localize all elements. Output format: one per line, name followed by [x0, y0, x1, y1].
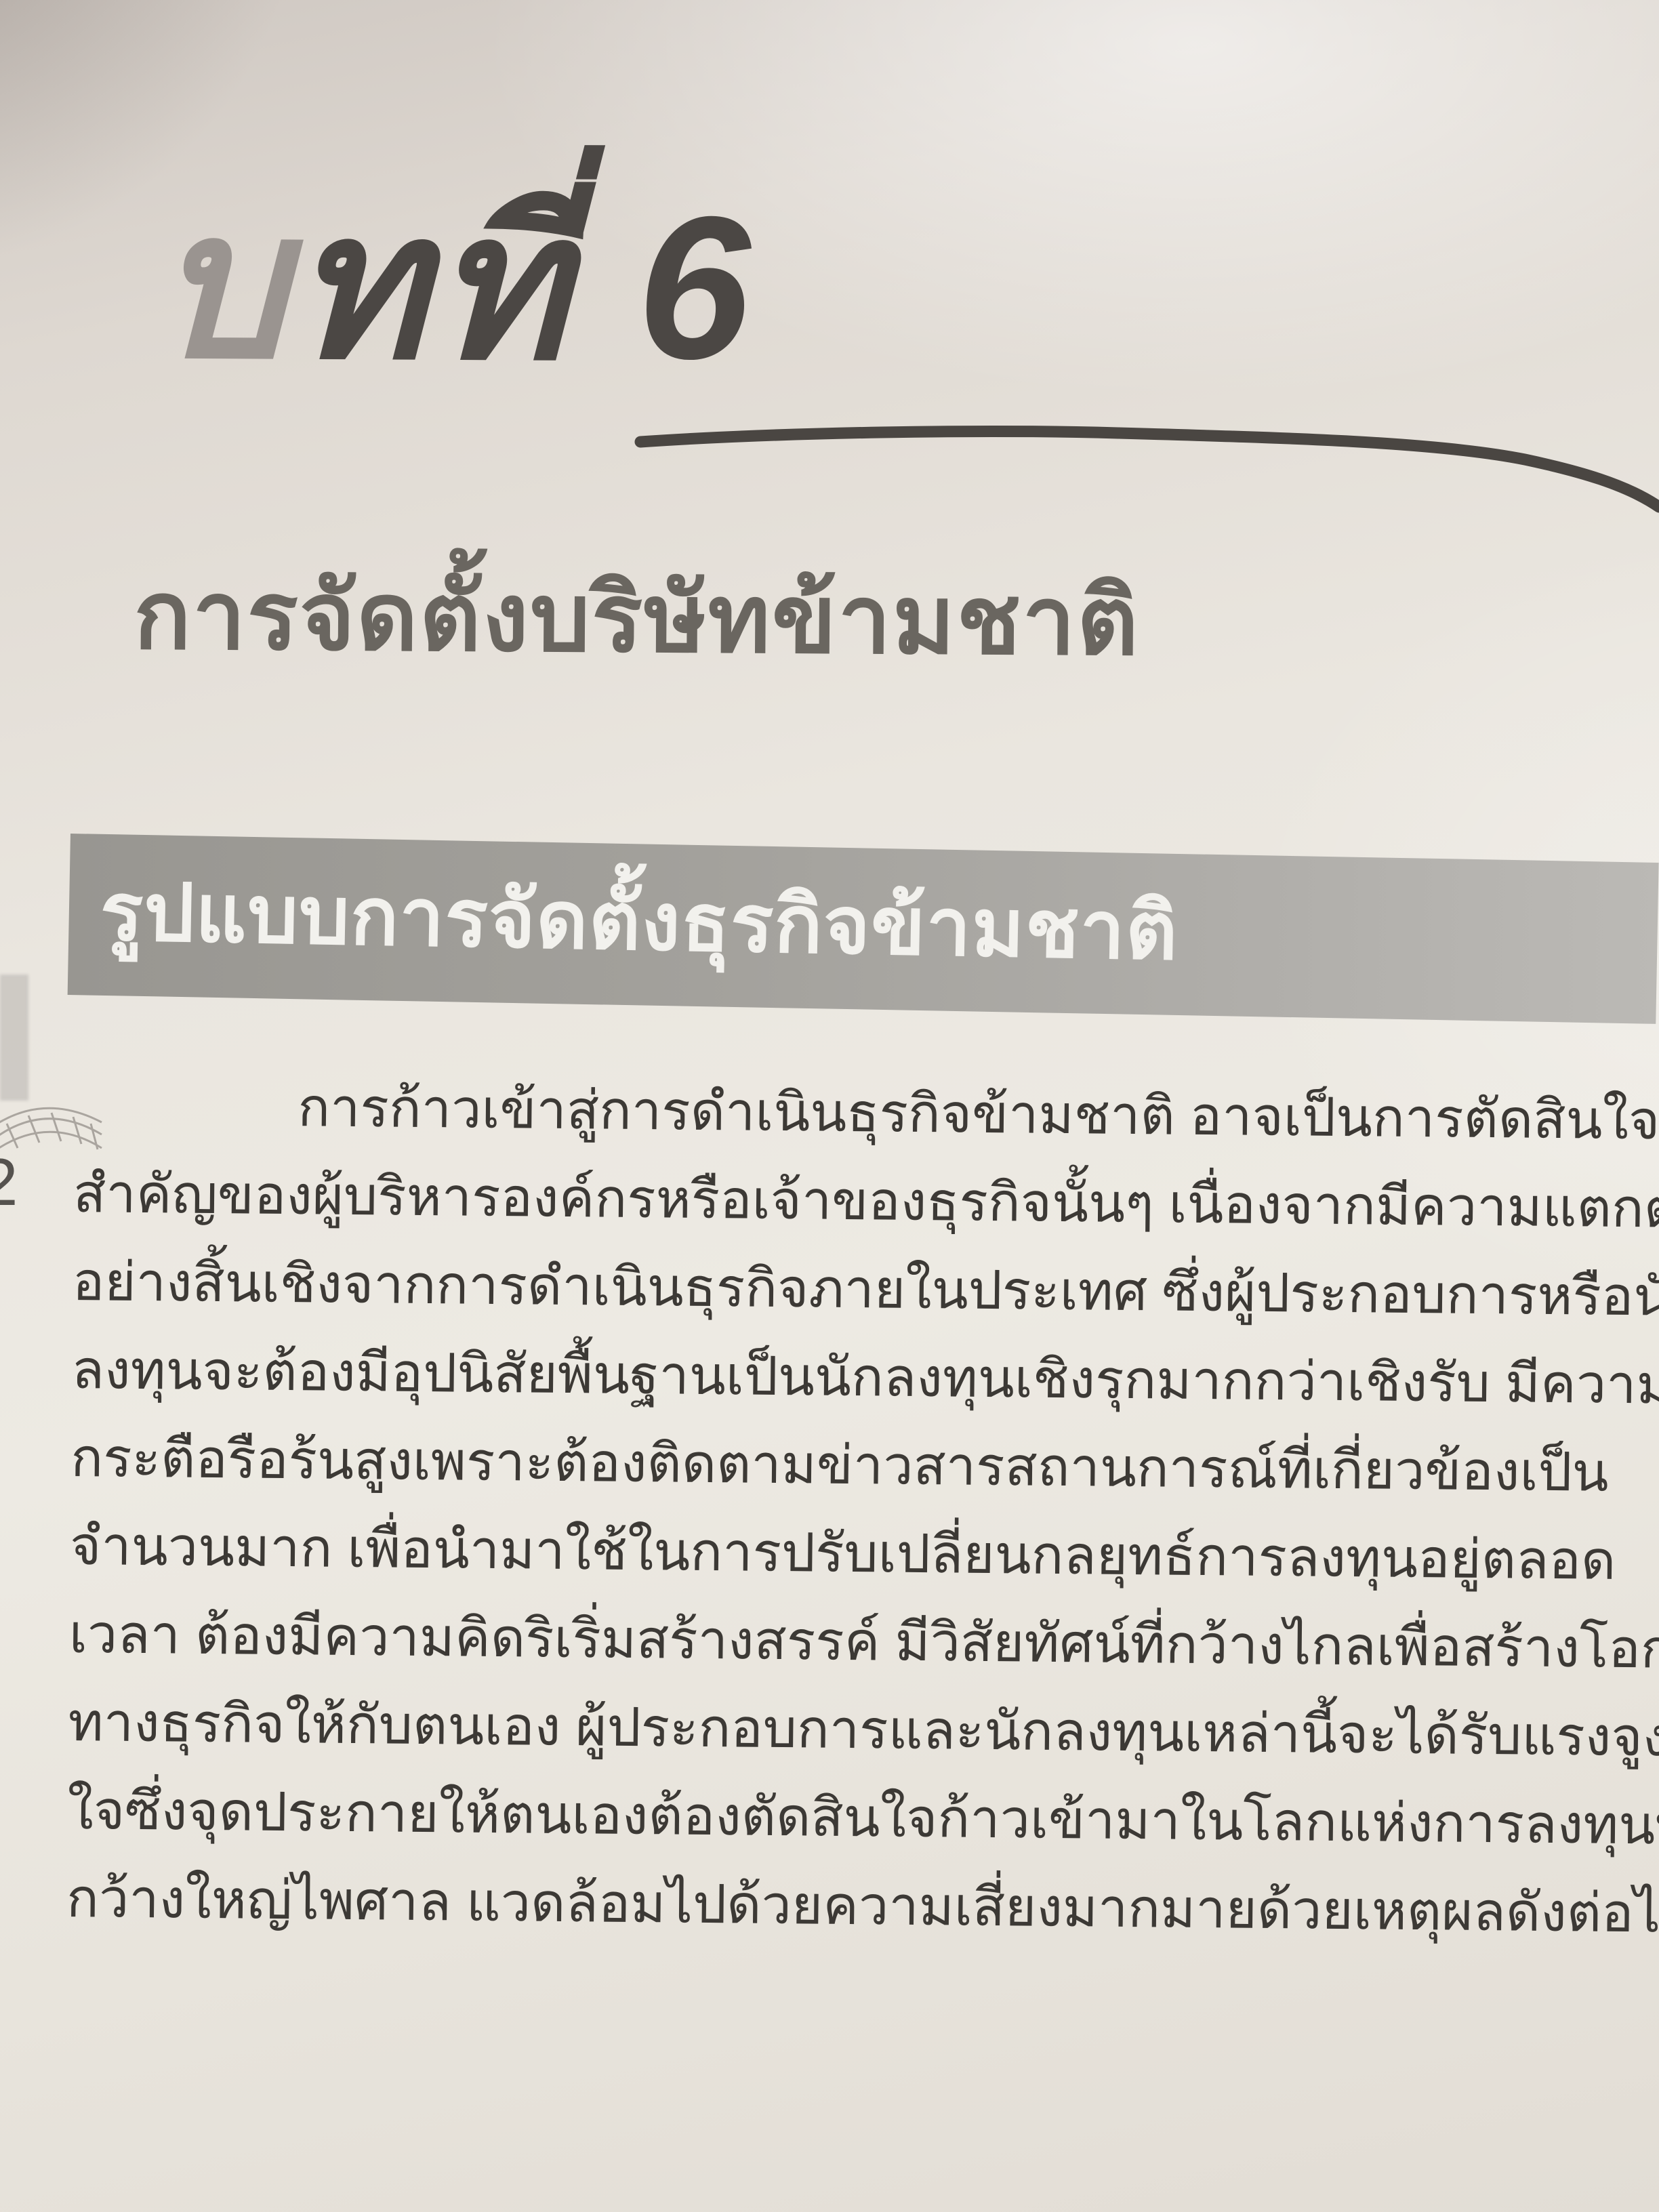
paragraph-line: กว้างใหญ่ไพศาล แวดล้อมไปด้วยความเสี่ยงมา… — [66, 1854, 1483, 1956]
paragraph-line: การก้าวเข้าสู่การดำเนินธุรกิจข้ามชาติ อา… — [74, 1061, 1491, 1163]
page-number: 2 — [0, 1144, 18, 1221]
paragraph-line: ทางธุรกิจให้กับตนเอง ผู้ประกอบการและนักล… — [68, 1678, 1485, 1780]
paragraph-line: ใจซึ่งจุดประกายให้ตนเองต้องตัดสินใจก้าวเ… — [67, 1766, 1484, 1868]
paragraph-line: จำนวนมาก เพื่อนำมาใช้ในการปรับเปลี่ยนกลย… — [70, 1502, 1487, 1603]
paragraph-line: กระตือรือร้นสูงเพราะต้องติดตามข่าวสารสถา… — [70, 1414, 1488, 1515]
body-paragraph: การก้าวเข้าสู่การดำเนินธุรกิจข้ามชาติ อา… — [66, 1061, 1491, 1956]
section-heading-banner: รูปแบบการจัดตั้งธุรกิจข้ามชาติ — [68, 834, 1659, 1024]
paragraph-line: ลงทุนจะต้องมีอุปนิสัยพื้นฐานเป็นนักลงทุน… — [71, 1326, 1488, 1427]
photographed-book-page: { "doc": { "chapter_heading_prefix": "บ"… — [0, 0, 1659, 2212]
chapter-heading: บทที่ 6 — [156, 152, 758, 420]
page-edge-shadow-strip — [0, 975, 28, 1101]
chapter-heading-first-letter: บ — [156, 171, 293, 399]
chapter-title: การจัดตั้งบริษัทข้ามชาติ — [134, 539, 1141, 696]
chapter-heading-rest: ทที่ 6 — [292, 171, 758, 402]
section-heading-text: รูปแบบการจัดตั้งธุรกิจข้ามชาติ — [68, 846, 1179, 1002]
paragraph-line: อย่างสิ้นเชิงจากการดำเนินธุรกิจภายในประเ… — [72, 1237, 1489, 1339]
paragraph-line: สำคัญของผู้บริหารองค์กรหรือเจ้าของธุรกิจ… — [73, 1149, 1490, 1251]
paragraph-line: เวลา ต้องมีความคิดริเริ่มสร้างสรรค์ มีวิ… — [68, 1590, 1486, 1692]
